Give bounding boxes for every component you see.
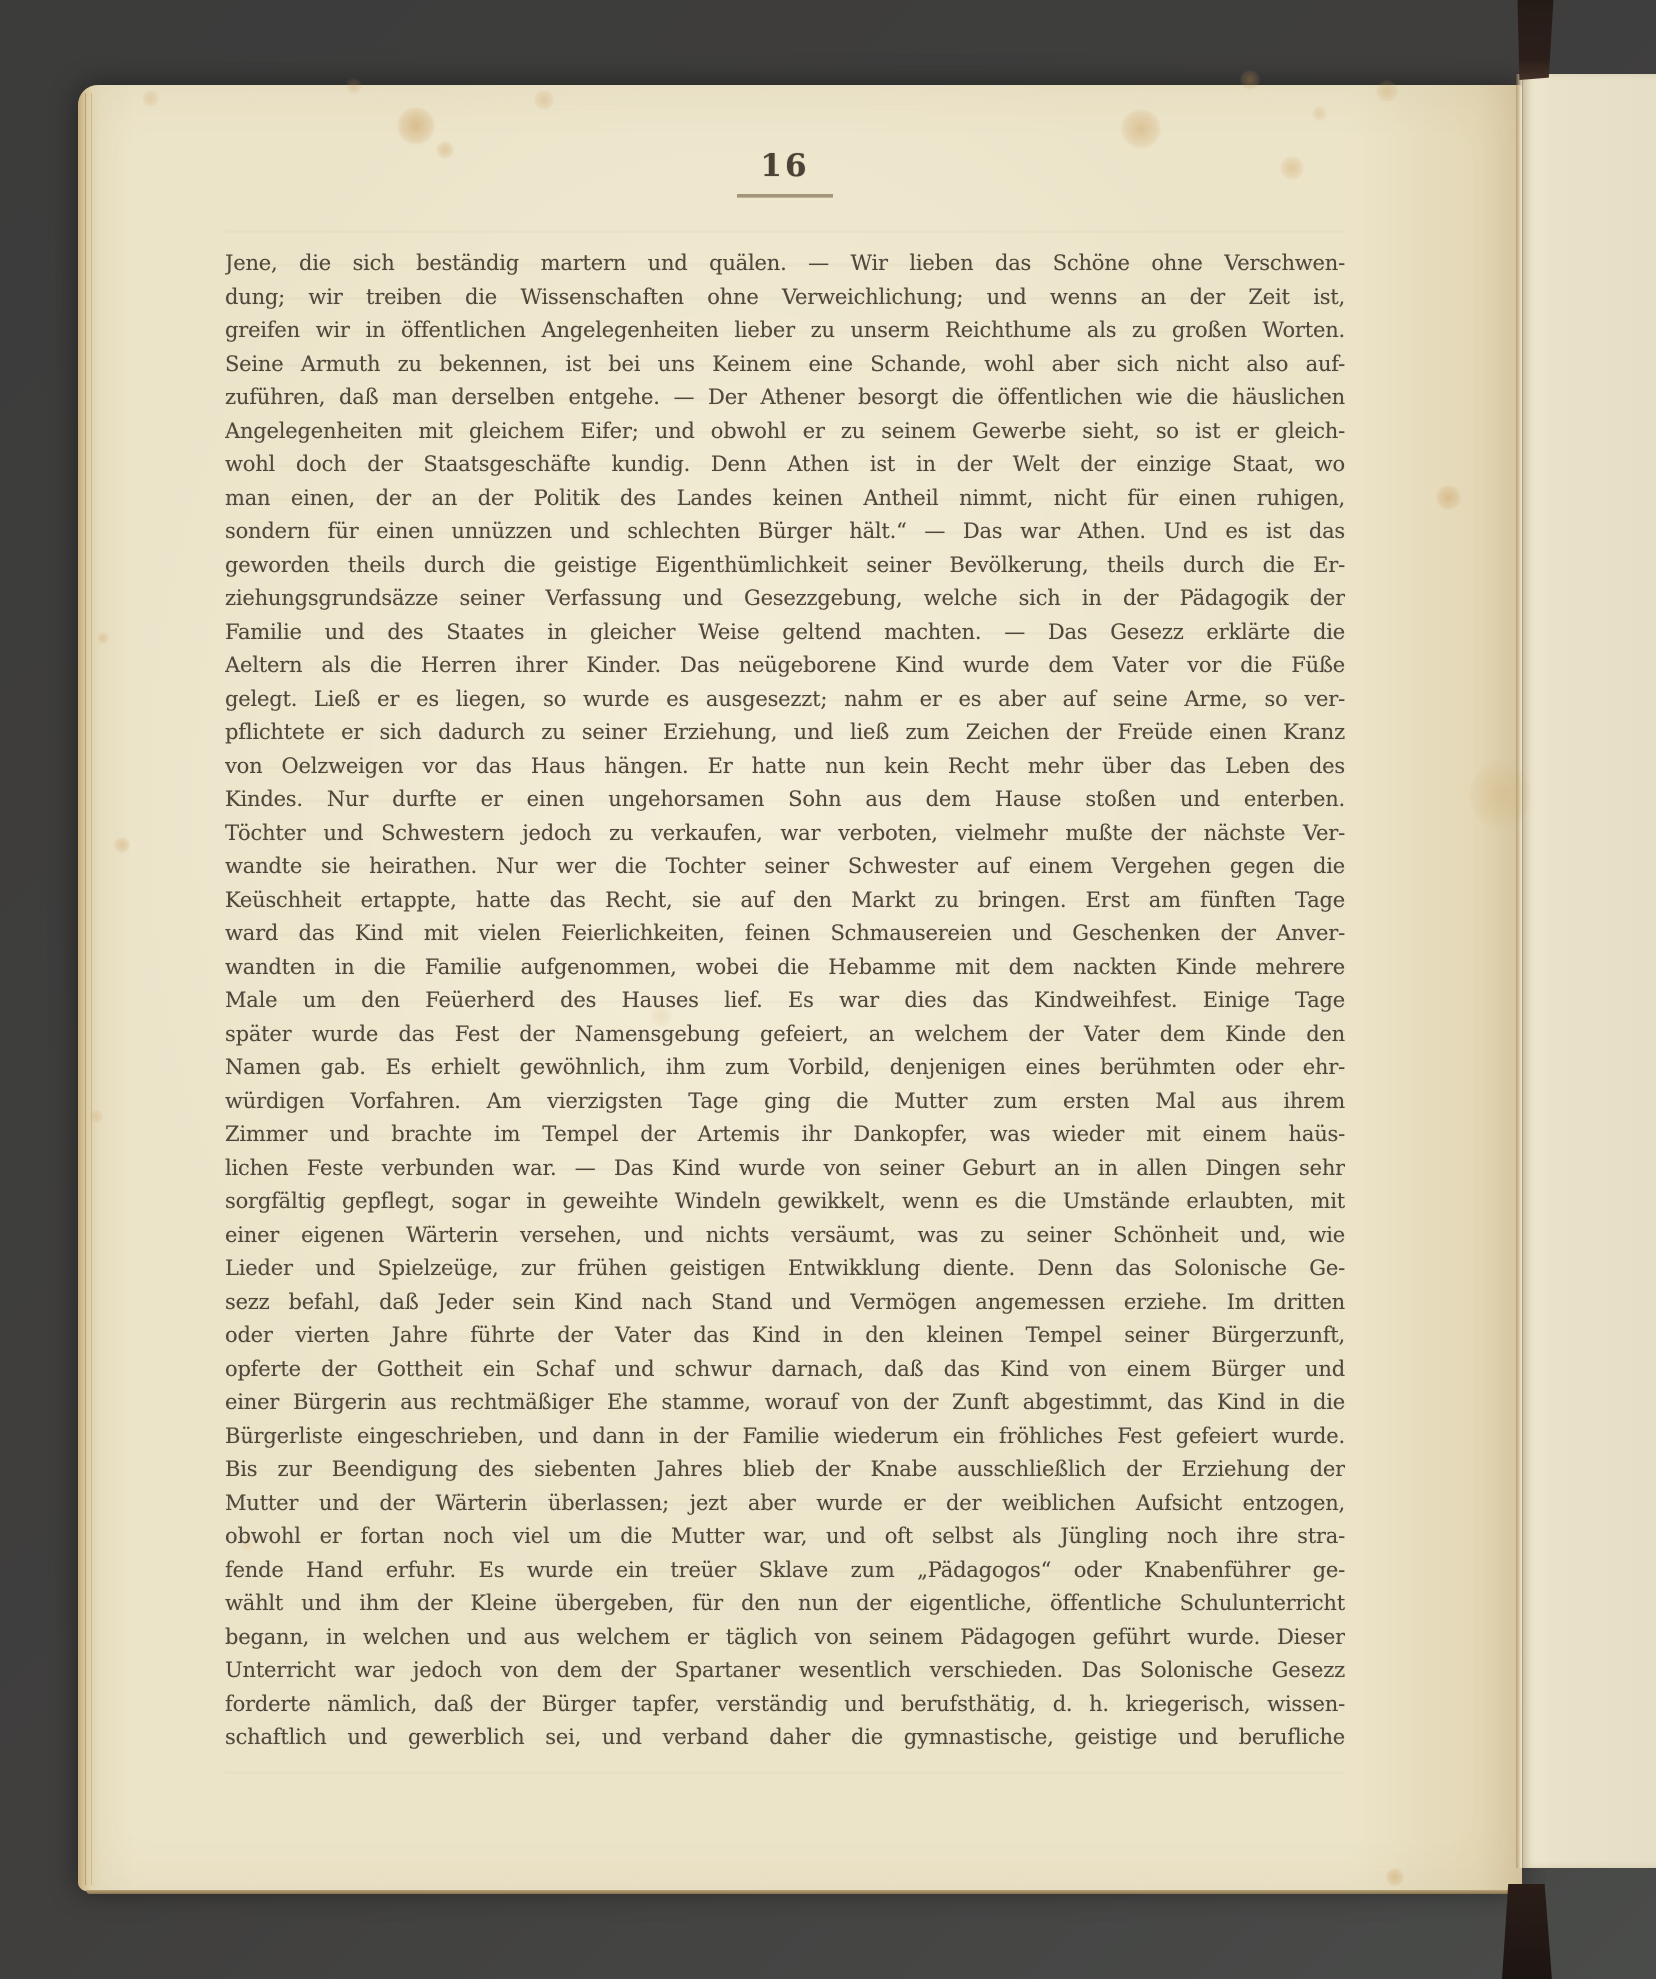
text-line: Keüschheit ertappte, hatte das Recht, si… <box>225 884 1345 918</box>
page-stack-edge <box>78 85 100 1891</box>
page-number-rule <box>737 194 833 197</box>
text-line: Töchter und Schwestern jedoch zu verkauf… <box>225 817 1345 851</box>
text-line: Unterricht war jedoch von dem der Sparta… <box>225 1654 1345 1688</box>
text-line: Bis zur Beendigung des siebenten Jahres … <box>225 1453 1345 1487</box>
text-line: Namen gab. Es erhielt gewöhnlich, ihm zu… <box>225 1051 1345 1085</box>
text-line: sorgfältig gepflegt, sogar in geweihte W… <box>225 1185 1345 1219</box>
text-line: obwohl er fortan noch viel um die Mutter… <box>225 1520 1345 1554</box>
foxing-stain <box>534 90 554 110</box>
bookmark-ribbon-bottom <box>1502 1884 1554 1979</box>
foxing-stain <box>142 90 159 107</box>
foxing-stain <box>1386 1868 1404 1886</box>
text-line: Jene, die sich beständig martern und quä… <box>225 247 1345 281</box>
foxing-stain <box>346 78 362 94</box>
facing-page-edge <box>1523 74 1656 1868</box>
text-line: wohl doch der Staatsgeschäfte kundig. De… <box>225 448 1345 482</box>
text-line: einer Bürgerin aus rechtmäßiger Ehe stam… <box>225 1386 1345 1420</box>
foxing-stain <box>1436 485 1461 510</box>
page-bottom-edge <box>86 1890 1522 1894</box>
text-line: dung; wir treiben die Wissenschaften ohn… <box>225 281 1345 315</box>
text-line: wandte sie heirathen. Nur wer die Tochte… <box>225 850 1345 884</box>
text-line: opferte der Gottheit ein Schaf und schwu… <box>225 1353 1345 1387</box>
text-line: fende Hand erfuhr. Es wurde ein treüer S… <box>225 1554 1345 1588</box>
foxing-stain <box>1121 109 1161 149</box>
text-line: Aeltern als die Herren ihrer Kinder. Das… <box>225 649 1345 683</box>
text-line: greifen wir in öffentlichen Angelegenhei… <box>225 314 1345 348</box>
text-line: würdigen Vorfahren. Am vierzigsten Tage … <box>225 1085 1345 1119</box>
text-line: oder vierten Jahre führte der Vater das … <box>225 1319 1345 1353</box>
text-line: geworden theils durch die geistige Eigen… <box>225 549 1345 583</box>
foxing-stain <box>1312 106 1327 121</box>
foxing-stain <box>1376 80 1398 102</box>
text-line: Bürgerliste eingeschrieben, und dann in … <box>225 1420 1345 1454</box>
text-line: von Oelzweigen vor das Haus hängen. Er h… <box>225 750 1345 784</box>
text-line: zuführen, daß man derselben entgehe. — D… <box>225 381 1345 415</box>
text-line: pflichtete er sich dadurch zu seiner Erz… <box>225 716 1345 750</box>
foxing-stain <box>114 837 130 853</box>
text-line: man einen, der an der Politik des Landes… <box>225 482 1345 516</box>
text-line: sondern für einen unnüzzen und schlechte… <box>225 515 1345 549</box>
text-line: Mutter und der Wärterin überlassen; jezt… <box>225 1487 1345 1521</box>
text-line: Male um den Feüerherd des Hauses lief. E… <box>225 984 1345 1018</box>
text-line: begann, in welchen und aus welchem er tä… <box>225 1621 1345 1655</box>
bookmark-ribbon-top <box>1512 0 1558 80</box>
foxing-stain <box>397 107 435 145</box>
text-line: forderte nämlich, daß der Bürger tapfer,… <box>225 1688 1345 1722</box>
foxing-stain <box>90 1110 103 1123</box>
text-line: Zimmer und brachte im Tempel der Artemis… <box>225 1118 1345 1152</box>
page-number: 16 <box>225 148 1345 184</box>
text-line: sezz befahl, daß Jeder sein Kind nach St… <box>225 1286 1345 1320</box>
text-line: wandten in die Familie aufgenommen, wobe… <box>225 951 1345 985</box>
text-line: einer eigenen Wärterin versehen, und nic… <box>225 1219 1345 1253</box>
foxing-stain <box>1240 70 1260 90</box>
text-line: Angelegenheiten mit gleichem Eifer; und … <box>225 415 1345 449</box>
text-line: ward das Kind mit vielen Feierlichkeiten… <box>225 917 1345 951</box>
foxing-stain <box>97 632 109 644</box>
text-line: Familie und des Staates in gleicher Weis… <box>225 616 1345 650</box>
text-line: schaftlich und gewerblich sei, und verba… <box>225 1721 1345 1755</box>
text-line: wählt und ihm der Kleine übergeben, für … <box>225 1587 1345 1621</box>
text-line: gelegt. Ließ er es liegen, so wurde es a… <box>225 683 1345 717</box>
page-header: 16 <box>225 148 1345 197</box>
body-text: Jene, die sich beständig martern und quä… <box>225 247 1345 1755</box>
text-line: lichen Feste verbunden war. — Das Kind w… <box>225 1152 1345 1186</box>
text-line: Seine Armuth zu bekennen, ist bei uns Ke… <box>225 348 1345 382</box>
text-line: Lieder und Spielzeüge, zur frühen geisti… <box>225 1252 1345 1286</box>
text-line: ziehungsgrundsäzze seiner Verfassung und… <box>225 582 1345 616</box>
text-line: später wurde das Fest der Namensgebung g… <box>225 1018 1345 1052</box>
foxing-stain <box>1470 760 1530 830</box>
book-scan: 16 Jene, die sich beständig martern und … <box>0 0 1656 1979</box>
text-line: Kindes. Nur durfte er einen ungehorsamen… <box>225 783 1345 817</box>
